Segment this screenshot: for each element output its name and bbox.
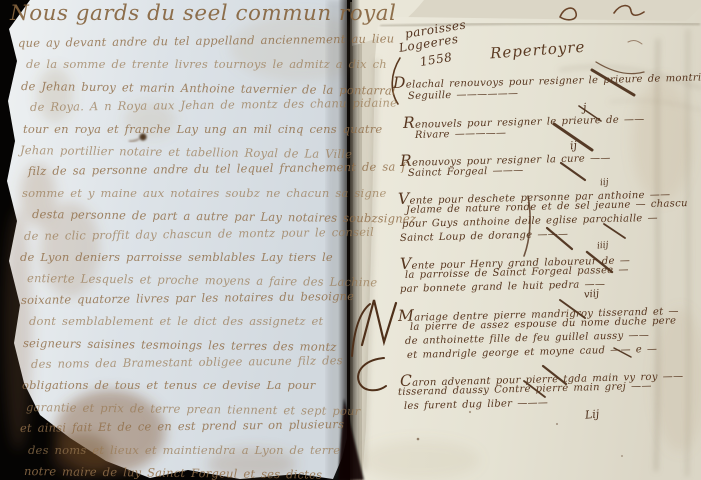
gutter-shadow	[338, 0, 360, 480]
left-page	[4, 0, 370, 480]
manuscript-photo: Nous gards du seel commun royal que ay d…	[0, 0, 701, 480]
page-artwork	[0, 0, 701, 480]
right-page	[350, 0, 701, 480]
